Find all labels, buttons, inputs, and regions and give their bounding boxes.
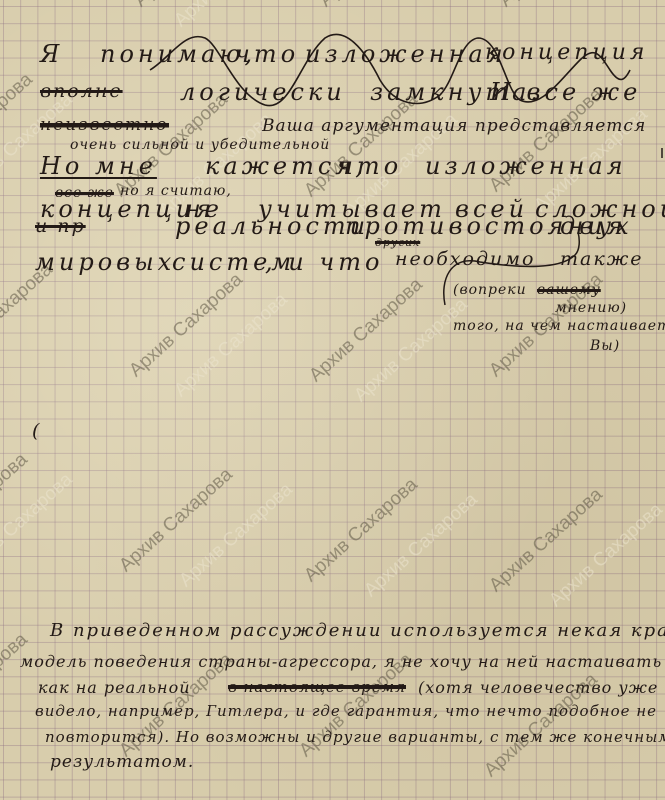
- watermark: Архив Сахарова: [125, 269, 247, 382]
- handwritten-word: что: [235, 40, 299, 68]
- manuscript-page: Архив Сахарова Архив Сахарова Архив Саха…: [0, 0, 665, 800]
- watermark: Архив Сахарова: [175, 479, 297, 592]
- margin-note-struck: вашему: [537, 282, 601, 298]
- handwritten-word: логически: [180, 78, 346, 106]
- watermark: Архив Сахарова: [305, 274, 427, 387]
- watermark: Архив Сахарова: [170, 289, 292, 402]
- handwritten-line: повторится). Но возможны и другие вариан…: [45, 728, 665, 746]
- watermark: Архив Сахарова: [130, 0, 252, 12]
- handwritten-line: результатом.: [50, 752, 194, 772]
- handwritten-word: понимаю,: [100, 40, 256, 68]
- handwritten-word: изложенная: [305, 40, 507, 68]
- handwritten-line: как на реальной: [38, 678, 191, 697]
- watermark: Архив Сахарова: [300, 474, 422, 587]
- handwritten-word: что: [338, 152, 402, 180]
- watermark: Архив Сахарова: [485, 484, 607, 597]
- struck-word: вполне: [40, 80, 123, 102]
- struck-phrase: в настоящее время: [228, 678, 406, 696]
- stray-mark: (: [32, 420, 41, 442]
- handwritten-word: Но мне: [40, 152, 157, 180]
- handwritten-word: концепция: [485, 40, 649, 65]
- handwritten-line: Ваша аргументация представляется: [262, 116, 646, 136]
- watermark: Архив Сахарова: [170, 0, 292, 32]
- watermark: Архив Сахарова: [545, 499, 665, 612]
- handwritten-word: Я: [40, 40, 63, 68]
- struck-word: неизвестно: [40, 115, 169, 135]
- handwritten-word: также: [560, 248, 644, 270]
- handwritten-insert: очень сильной и убедительной: [70, 137, 330, 153]
- handwritten-line: В приведенном рассуждении используется н…: [50, 620, 665, 641]
- watermark: Архив Сахарова: [315, 0, 437, 12]
- margin-note-line: того, на чем настаиваете: [453, 318, 665, 334]
- struck-word: и пр: [35, 215, 86, 237]
- watermark: Архив Сахарова: [115, 464, 237, 577]
- handwritten-word: реальности: [175, 212, 369, 240]
- handwritten-line: (хотя человечество уже: [418, 678, 658, 697]
- watermark: Архив Сахарова: [350, 294, 472, 407]
- margin-note-line: (вопреки: [453, 282, 527, 298]
- watermark: Архив Сахарова: [0, 469, 77, 582]
- handwritten-word: И все же: [490, 78, 641, 106]
- watermark: Архив Сахарова: [495, 0, 617, 12]
- margin-note-line: мнению): [555, 300, 627, 316]
- margin-note-line: Вы): [590, 338, 620, 354]
- handwritten-word: изложенная: [425, 152, 627, 180]
- handwritten-word: двух: [560, 212, 633, 240]
- handwritten-word: необходимо: [395, 248, 535, 270]
- handwritten-line: модель поведения страны-агрессора, я не …: [20, 652, 662, 671]
- watermark: Архив Сахарова: [0, 449, 32, 562]
- handwritten-line: видело, например, Гитлера, и где гаранти…: [35, 702, 657, 720]
- watermark: Архив Сахарова: [360, 489, 482, 602]
- handwritten-word: мировых: [35, 248, 175, 276]
- watermark: Архив Сахарова: [0, 629, 32, 742]
- handwritten-word: , и что: [265, 248, 383, 276]
- watermark: Архив Сахарова: [0, 69, 37, 182]
